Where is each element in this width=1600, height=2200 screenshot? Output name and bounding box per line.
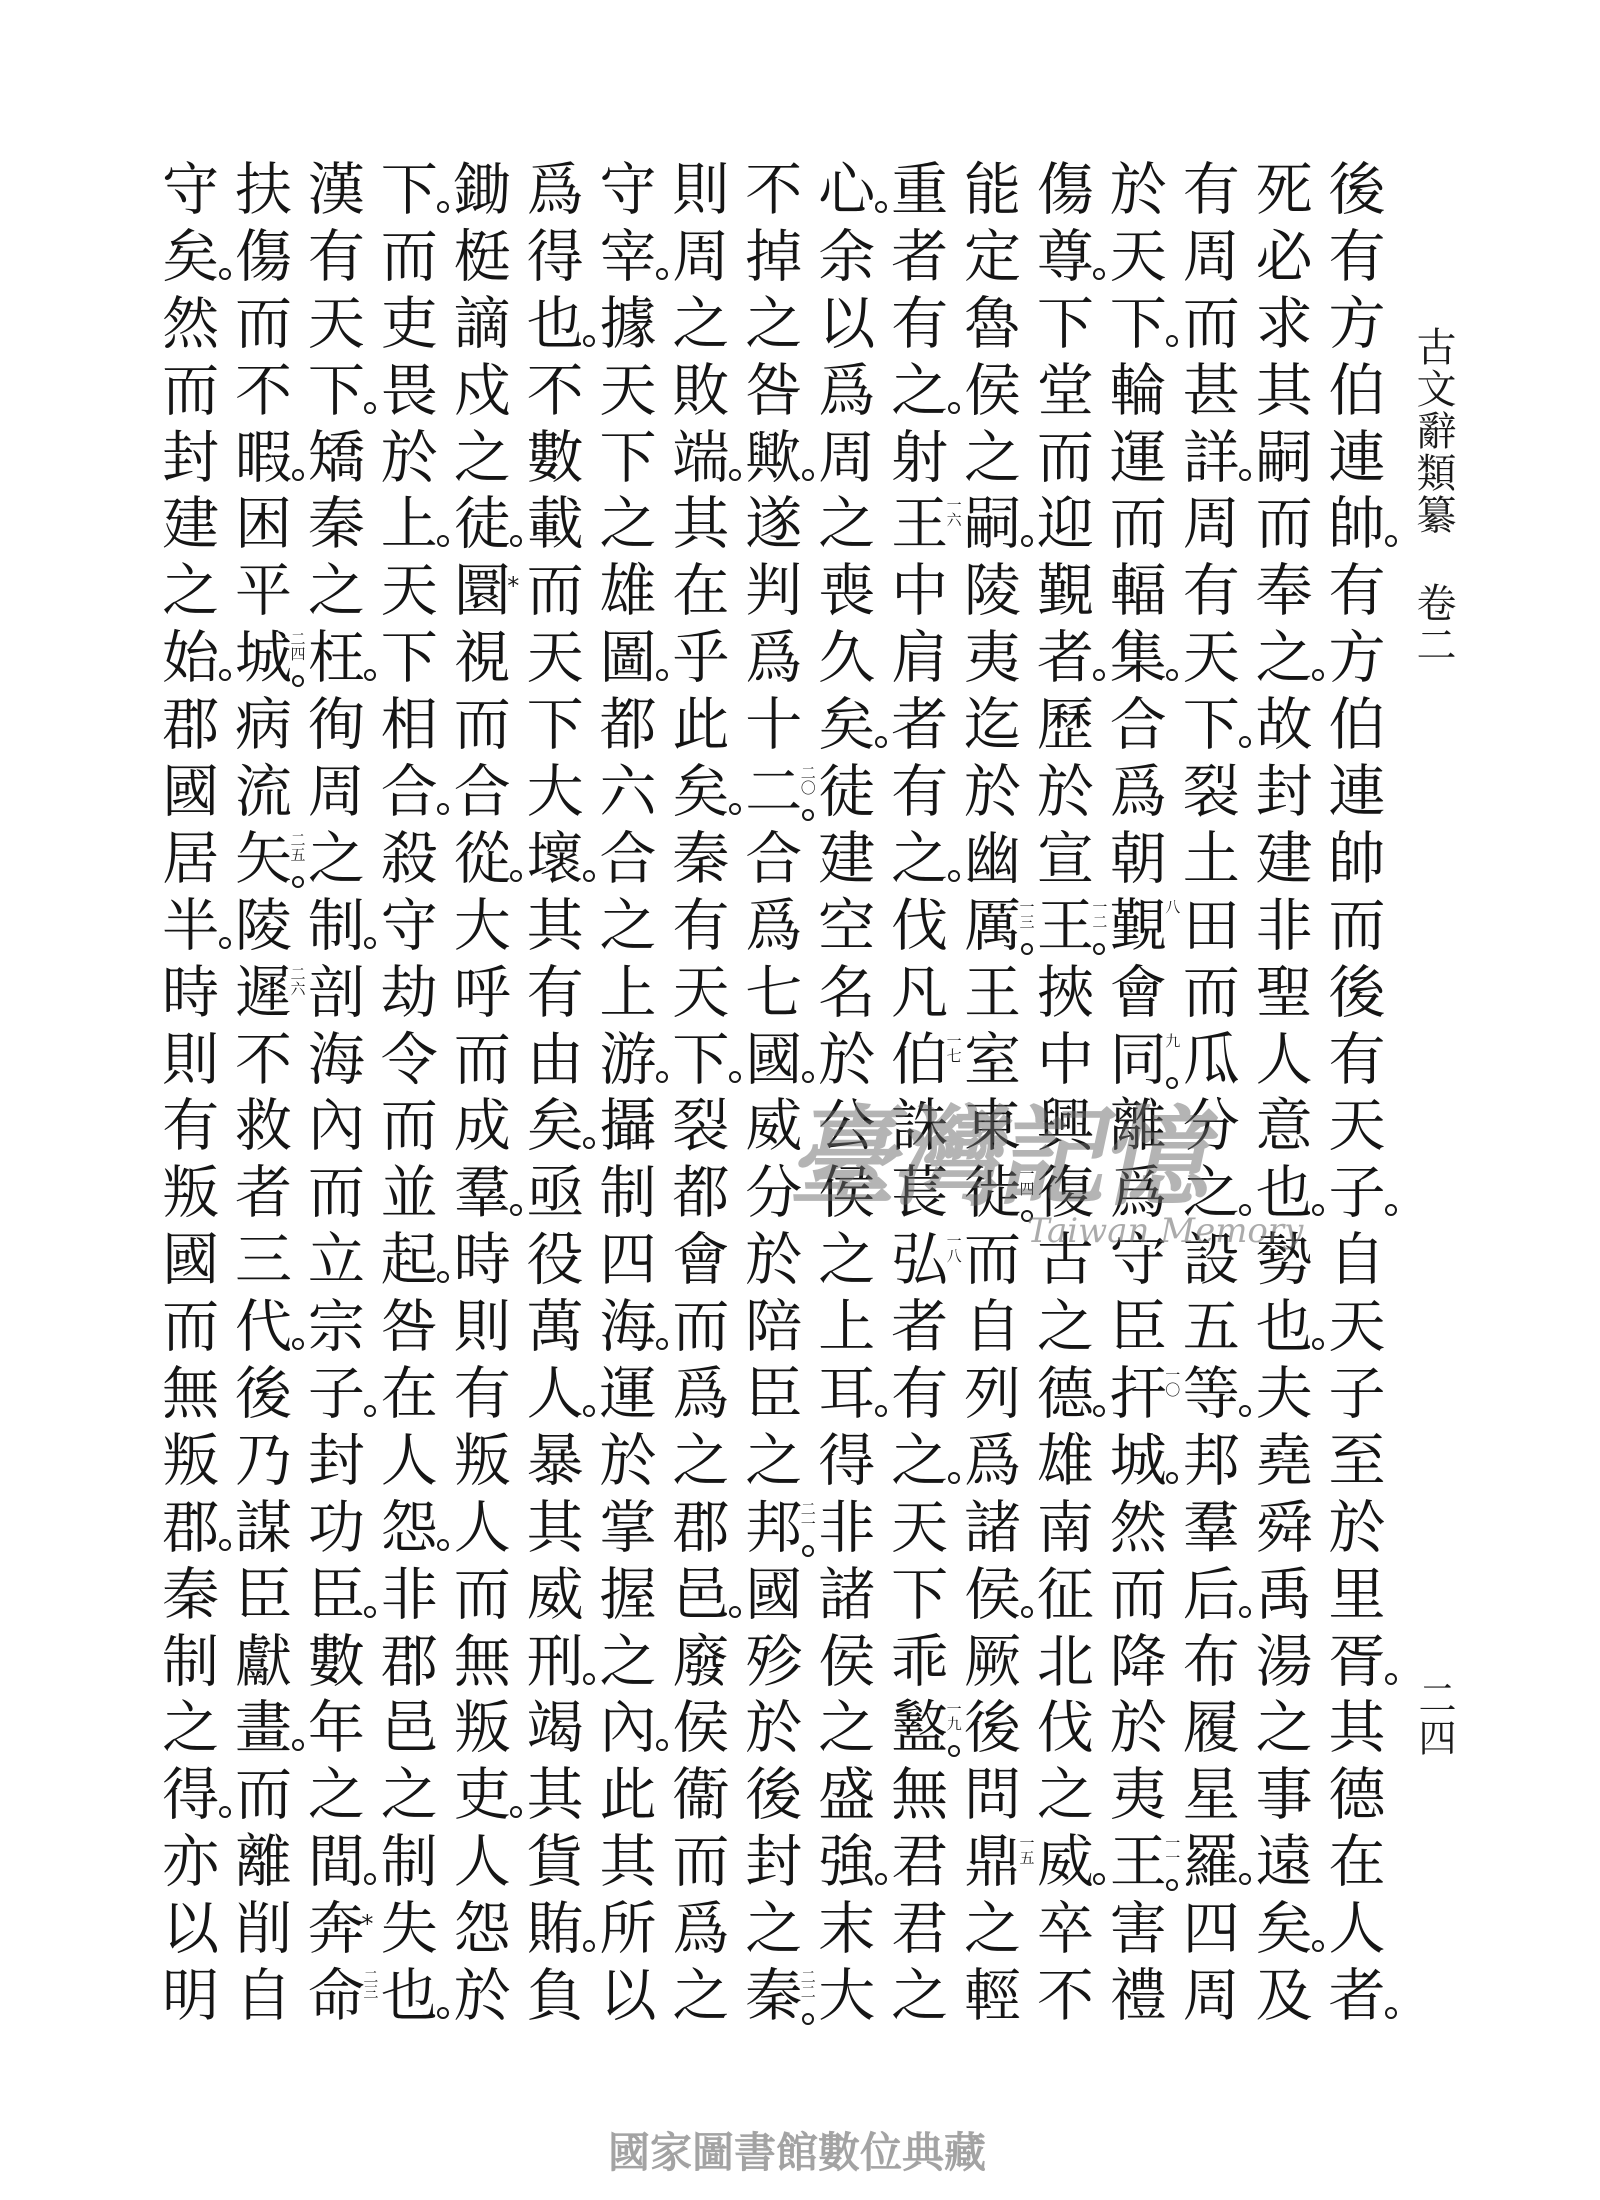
character-cell: 此 [595, 1762, 661, 1829]
character: 於 [1105, 157, 1171, 224]
character: 矯 [303, 425, 369, 492]
character: 下 [303, 358, 369, 425]
annotation-number: 二〇 [800, 765, 816, 795]
character-cell: 功 [303, 1495, 369, 1562]
character: 也 [1251, 1160, 1317, 1227]
character: 之 [449, 425, 515, 492]
character: 無 [158, 1361, 224, 1428]
text-column: 有周而甚詳周有天下裂土田而瓜分之設五等邦羣后布履星羅四周 [1178, 157, 1244, 2030]
character: 矢 [231, 826, 297, 893]
punctuation-circle-icon [875, 1405, 887, 1417]
character-cell: 封 [741, 1829, 807, 1896]
punctuation-circle-icon [802, 809, 814, 821]
character-cell: 二二〇 [741, 759, 807, 826]
character-cell: 而 [1105, 491, 1171, 558]
punctuation-circle-icon [1385, 1204, 1397, 1216]
character-cell: 覲 [1032, 558, 1098, 625]
character: 之 [887, 826, 953, 893]
character-cell: 矣 [522, 1093, 588, 1160]
character-cell: 下 [887, 1562, 953, 1629]
character-cell: 扞一〇 [1105, 1361, 1171, 1428]
character-cell: 帥 [1324, 826, 1390, 893]
punctuation-circle-icon [364, 937, 376, 949]
character: 叛 [449, 1428, 515, 1495]
character: 死 [1251, 157, 1317, 224]
character: 建 [814, 826, 880, 893]
punctuation-circle-icon [1166, 1879, 1178, 1891]
character-cell: 城 [1105, 1428, 1171, 1495]
character-cell: 邦二一 [741, 1495, 807, 1562]
character: 遂 [741, 491, 807, 558]
character: 中 [1032, 1027, 1098, 1094]
character: 之 [741, 1428, 807, 1495]
character: 古 [1032, 1227, 1098, 1294]
character: 而 [376, 1093, 442, 1160]
character: 海 [595, 1294, 661, 1361]
character: 城 [1105, 1428, 1171, 1495]
character: 羣 [1178, 1495, 1244, 1562]
character: 功 [303, 1495, 369, 1562]
character: 五 [1178, 1294, 1244, 1361]
character: 盭 [887, 1695, 953, 1762]
character-cell: 舜 [1251, 1495, 1317, 1562]
character: 瓜 [1178, 1027, 1244, 1094]
character-cell: 呼 [449, 960, 515, 1027]
character: 敗 [668, 358, 734, 425]
character-cell: 厥 [960, 1629, 1026, 1696]
character: 守 [595, 157, 661, 224]
character: 半 [158, 893, 224, 960]
character: 都 [668, 1160, 734, 1227]
character: 呼 [449, 960, 515, 1027]
character-cell: 定 [960, 224, 1026, 291]
character: 後 [231, 1361, 297, 1428]
character-cell: 游 [595, 1027, 661, 1094]
character: 亟 [522, 1160, 588, 1227]
character: 廢 [668, 1629, 734, 1696]
character-cell: 盭一九 [887, 1695, 953, 1762]
character-cell: 有 [158, 1093, 224, 1160]
character-cell: 鋤 [449, 157, 515, 224]
character-cell: 始 [158, 625, 224, 692]
character: 侯 [960, 358, 1026, 425]
character-cell: 之 [814, 491, 880, 558]
character: 十 [741, 692, 807, 759]
character: 奉 [1251, 558, 1317, 625]
character: 臣 [741, 1361, 807, 1428]
character-cell: 列 [960, 1361, 1026, 1428]
character-cell: 之 [303, 826, 369, 893]
character-cell: 之 [887, 1428, 953, 1495]
character-cell: 臣 [231, 1562, 297, 1629]
character-cell: 爲 [668, 1896, 734, 1963]
character: 以 [814, 291, 880, 358]
character-cell: 幽 [960, 826, 1026, 893]
character: 下 [887, 1562, 953, 1629]
character-cell: 之 [741, 1428, 807, 1495]
character-cell: 起 [376, 1227, 442, 1294]
character-cell: 能 [960, 157, 1026, 224]
character: 起 [376, 1227, 442, 1294]
character-cell: 於 [960, 759, 1026, 826]
character-cell: 時 [449, 1227, 515, 1294]
character-cell: 王一六 [887, 491, 953, 558]
character-cell: 有 [1324, 1027, 1390, 1094]
character-cell: 國 [158, 759, 224, 826]
character-cell: 此 [668, 692, 734, 759]
punctuation-circle-icon [1021, 1606, 1033, 1618]
character: 封 [303, 1428, 369, 1495]
character: 之 [814, 1695, 880, 1762]
character: 羣 [449, 1160, 515, 1227]
character: 於 [1105, 1695, 1171, 1762]
character: 不 [231, 358, 297, 425]
punctuation-circle-icon [729, 803, 741, 815]
punctuation-circle-icon [656, 669, 668, 681]
punctuation-circle-icon [656, 268, 668, 280]
character-cell: 周 [814, 425, 880, 492]
character-cell: 下 [595, 425, 661, 492]
character-cell: 邦 [1178, 1428, 1244, 1495]
punctuation-circle-icon [1312, 1940, 1324, 1952]
character: 而 [960, 1227, 1026, 1294]
character: 代 [231, 1294, 297, 1361]
character-cell: 其 [595, 1829, 661, 1896]
character-cell: 在 [668, 558, 734, 625]
character-cell: 公 [814, 1093, 880, 1160]
character-cell: 天 [522, 625, 588, 692]
character-cell: 合 [741, 826, 807, 893]
character-cell: 土 [1178, 826, 1244, 893]
character-cell: 堂 [1032, 358, 1098, 425]
character: 離 [1105, 1093, 1171, 1160]
text-column: 於天下輪運而輻集合爲朝覲八會同九離爲守臣扞一〇城然而降於夷王一一害禮 [1105, 157, 1171, 2030]
character: 土 [1178, 826, 1244, 893]
character-cell: 傷 [231, 224, 297, 291]
character: 輻 [1105, 558, 1171, 625]
character-cell: 其 [522, 1495, 588, 1562]
text-column: 則周之敗端其在乎此矣秦有天下裂都會而爲之郡邑廢侯衞而爲之 [668, 157, 734, 2030]
character: 病 [231, 692, 297, 759]
character-cell: 國 [741, 1562, 807, 1629]
character-cell: 耳 [814, 1361, 880, 1428]
character: 威 [1032, 1829, 1098, 1896]
character: 有 [1178, 558, 1244, 625]
character: 等 [1178, 1361, 1244, 1428]
punctuation-circle-icon [364, 1606, 376, 1618]
character: 命 [303, 1963, 369, 2030]
character-cell: 陵 [960, 558, 1026, 625]
character: 及 [1251, 1963, 1317, 2030]
character: 意 [1251, 1093, 1317, 1160]
character: 剖 [303, 960, 369, 1027]
character-cell: 則 [668, 157, 734, 224]
punctuation-circle-icon [510, 1806, 522, 1818]
character-cell: 侯 [960, 358, 1026, 425]
character-cell: 下 [522, 692, 588, 759]
character: 之 [1178, 1160, 1244, 1227]
character-cell: 陵 [231, 893, 297, 960]
character: 伐 [887, 893, 953, 960]
character: 上 [595, 960, 661, 1027]
character-cell: 相 [376, 692, 442, 759]
punctuation-circle-icon [1166, 669, 1178, 681]
character-cell: 守 [595, 157, 661, 224]
character: 貨 [522, 1829, 588, 1896]
character-cell: 數 [522, 425, 588, 492]
character: 此 [595, 1762, 661, 1829]
annotation-number: 一四 [1019, 1166, 1035, 1196]
punctuation-circle-icon [1166, 335, 1178, 347]
character-cell: 秦 [303, 491, 369, 558]
punctuation-circle-icon [364, 669, 376, 681]
character: 於 [741, 1227, 807, 1294]
character-cell: 詳 [1178, 425, 1244, 492]
character-cell: 子 [1324, 1160, 1390, 1227]
character-cell: 宣 [1032, 826, 1098, 893]
character-cell: 非 [814, 1495, 880, 1562]
character-cell: 後 [741, 1762, 807, 1829]
character-cell: 賄 [522, 1896, 588, 1963]
character-cell: 以 [595, 1963, 661, 2030]
character-cell: 病 [231, 692, 297, 759]
character-cell: 肩 [887, 625, 953, 692]
character: 封 [158, 425, 224, 492]
character: 國 [158, 1227, 224, 1294]
text-column: 傷尊下堂而迎覲者歷於宣王一二挾中興復古之德雄南征北伐之威卒不 [1032, 157, 1098, 2030]
character-cell: 上 [376, 491, 442, 558]
character: 有 [668, 893, 734, 960]
character-cell: 其 [1251, 358, 1317, 425]
character: 之 [960, 425, 1026, 492]
character-cell: 之 [668, 291, 734, 358]
character: 攝 [595, 1093, 661, 1160]
character-cell: 君 [887, 1896, 953, 1963]
punctuation-circle-icon [1239, 736, 1251, 748]
character-cell: 中 [887, 558, 953, 625]
punctuation-circle-icon [364, 1405, 376, 1417]
character-cell: 下 [1105, 291, 1171, 358]
character-cell: 徒 [814, 759, 880, 826]
character: 之 [595, 893, 661, 960]
character-cell: 有 [887, 1361, 953, 1428]
character: 天 [376, 558, 442, 625]
character-cell: 之 [1251, 625, 1317, 692]
character: 周 [303, 759, 369, 826]
punctuation-circle-icon [875, 201, 887, 213]
character-cell: 明 [158, 1963, 224, 2030]
character: 之 [814, 1227, 880, 1294]
character-cell: 令 [376, 1027, 442, 1094]
character-cell: 夷 [960, 625, 1026, 692]
character-cell: 秦 [668, 826, 734, 893]
character-cell: 合 [595, 826, 661, 893]
character: 秦 [303, 491, 369, 558]
character: 自 [231, 1963, 297, 2030]
character: 握 [595, 1562, 661, 1629]
character-cell: 歷 [1032, 692, 1098, 759]
character-cell: 無 [158, 1361, 224, 1428]
character: 於 [595, 1428, 661, 1495]
character: 謫 [449, 291, 515, 358]
character: 鼎 [960, 1829, 1026, 1896]
character-cell: 伐 [887, 893, 953, 960]
character: 郡 [158, 1495, 224, 1562]
character: 不 [741, 157, 807, 224]
character: 建 [158, 491, 224, 558]
character-cell: 郡 [158, 1495, 224, 1562]
annotation-number: 二三 [362, 1969, 378, 1999]
character-cell: 分 [741, 1160, 807, 1227]
punctuation-circle-icon [1093, 268, 1105, 280]
character-cell: 殄 [741, 1629, 807, 1696]
character: 視 [449, 625, 515, 692]
character: 之 [887, 358, 953, 425]
character: 之 [668, 291, 734, 358]
character-cell: 嗣 [1251, 425, 1317, 492]
character-cell: 都 [595, 692, 661, 759]
character-cell: 挾 [1032, 960, 1098, 1027]
character-cell: 天 [376, 558, 442, 625]
character-cell: 於 [1105, 1695, 1171, 1762]
character-cell: 必 [1251, 224, 1317, 291]
character-cell: 心 [814, 157, 880, 224]
punctuation-circle-icon [219, 1539, 231, 1551]
character: 之 [741, 1896, 807, 1963]
character: 扞 [1105, 1361, 1171, 1428]
character: 內 [303, 1093, 369, 1160]
character: 救 [231, 1093, 297, 1160]
footer-collection-credit: 國家圖書館數位典藏 [608, 2128, 986, 2178]
character-cell: 後 [960, 1695, 1026, 1762]
character-cell: 離 [1105, 1093, 1171, 1160]
character: 而 [1178, 960, 1244, 1027]
character: 下 [1105, 291, 1171, 358]
character-cell: 命二三 [303, 1963, 369, 2030]
character-cell: 攝 [595, 1093, 661, 1160]
character-cell: 有 [1324, 558, 1390, 625]
character-cell: 雄 [595, 558, 661, 625]
character: 漢 [303, 157, 369, 224]
character-cell: 自 [960, 1294, 1026, 1361]
character-cell: 之 [1178, 1160, 1244, 1227]
character-cell: 空 [814, 893, 880, 960]
character: 制 [303, 893, 369, 960]
character: 諸 [960, 1495, 1026, 1562]
character-cell: 數 [303, 1629, 369, 1696]
character: 萇 [887, 1160, 953, 1227]
character-cell: 之 [1032, 1294, 1098, 1361]
character-cell: 於 [814, 1027, 880, 1094]
character: 臣 [231, 1562, 297, 1629]
character-cell: 然 [158, 291, 224, 358]
character: 亦 [158, 1829, 224, 1896]
character: 下 [668, 1027, 734, 1094]
character-cell: 之 [960, 425, 1026, 492]
character-cell: 履 [1178, 1695, 1244, 1762]
character-cell: 人 [376, 1428, 442, 1495]
character: 侯 [668, 1695, 734, 1762]
character: 方 [1324, 625, 1390, 692]
character: 得 [158, 1762, 224, 1829]
character-cell: 流 [231, 759, 297, 826]
character: 故 [1251, 692, 1317, 759]
character: 挾 [1032, 960, 1098, 1027]
punctuation-circle-icon [1093, 1873, 1105, 1885]
character-cell: 邑 [668, 1562, 734, 1629]
character-cell: 諸 [960, 1495, 1026, 1562]
character-cell: 乖 [887, 1629, 953, 1696]
character-cell: 十 [741, 692, 807, 759]
character: 者 [887, 692, 953, 759]
character: 求 [1251, 291, 1317, 358]
punctuation-circle-icon [219, 669, 231, 681]
character: 乃 [231, 1428, 297, 1495]
annotation-number: 一五 [1019, 1835, 1035, 1865]
character-cell: 歟 [741, 425, 807, 492]
character: 而 [1032, 425, 1098, 492]
character-cell: 於 [1105, 157, 1171, 224]
character: 之 [595, 1629, 661, 1696]
character: 相 [376, 692, 442, 759]
character-cell: 建 [1251, 826, 1317, 893]
character: 圖 [595, 625, 661, 692]
annotation-number: 二一 [800, 1501, 816, 1531]
character-cell: 禹 [1251, 1562, 1317, 1629]
character: 臣 [303, 1562, 369, 1629]
character-cell: 叛 [449, 1428, 515, 1495]
character: 爲 [668, 1361, 734, 1428]
text-column: 下而吏畏於上天下相合殺守劫令而並起咎在人怨非郡邑之制失也 [376, 157, 442, 2030]
character-cell: 星 [1178, 1762, 1244, 1829]
character: 陵 [231, 893, 297, 960]
character: 合 [741, 826, 807, 893]
character: 有 [887, 1361, 953, 1428]
character: 令 [376, 1027, 442, 1094]
character: 其 [668, 491, 734, 558]
character-cell: 秦二二 [741, 1963, 807, 2030]
character: 子 [1324, 1361, 1390, 1428]
character-cell: 都 [668, 1160, 734, 1227]
character-cell: 而 [376, 224, 442, 291]
character-cell: 上 [814, 1294, 880, 1361]
character: 殄 [741, 1629, 807, 1696]
character: 列 [960, 1361, 1026, 1428]
character-cell: 也 [1251, 1294, 1317, 1361]
character-cell: 德 [1324, 1762, 1390, 1829]
character-cell: 方 [1324, 291, 1390, 358]
character: 而 [522, 558, 588, 625]
punctuation-circle-icon [510, 870, 522, 882]
punctuation-circle-icon [437, 2007, 449, 2019]
punctuation-circle-icon [802, 2013, 814, 2025]
character: 邑 [668, 1562, 734, 1629]
character: 天 [887, 1495, 953, 1562]
character: 矣 [1251, 1896, 1317, 1963]
character-cell: 輻 [1105, 558, 1171, 625]
character-cell: 有 [887, 291, 953, 358]
punctuation-circle-icon [583, 1405, 595, 1417]
character: 掌 [595, 1495, 661, 1562]
character: 都 [595, 692, 661, 759]
character: 爲 [741, 625, 807, 692]
character: 定 [960, 224, 1026, 291]
punctuation-circle-icon [437, 803, 449, 815]
character: 而 [449, 1027, 515, 1094]
character-cell: 於 [376, 425, 442, 492]
punctuation-circle-icon [583, 1137, 595, 1149]
character: 之 [1032, 1762, 1098, 1829]
